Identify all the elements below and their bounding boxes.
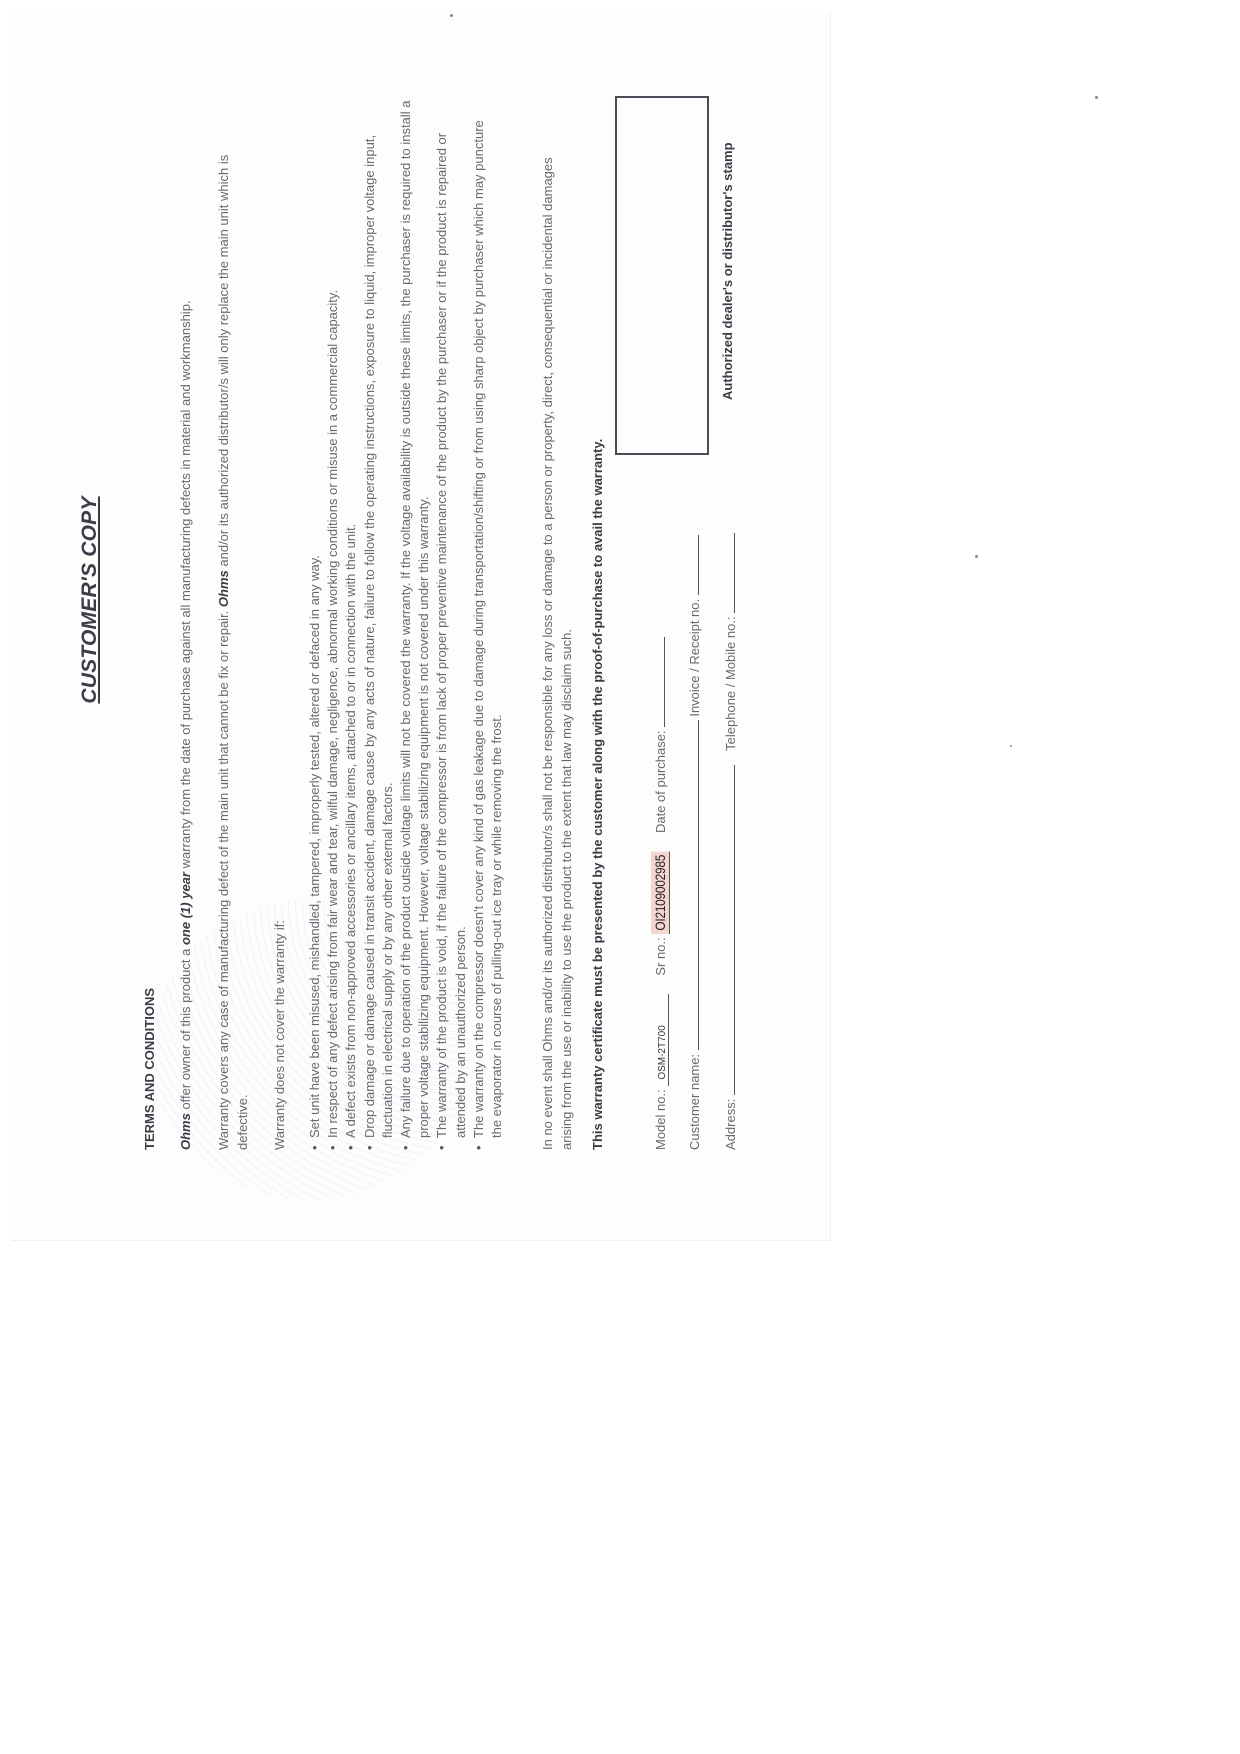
presentation-notice: This warranty certificate must be presen… <box>590 439 605 1150</box>
date-field[interactable] <box>650 637 665 727</box>
exclusion-item: The warranty of the product is void, if … <box>433 100 469 1150</box>
section-heading: TERMS AND CONDITIONS <box>142 988 157 1150</box>
serial-label: Sr no.: <box>653 937 668 975</box>
address-label: Address: <box>723 1099 738 1150</box>
exclusion-item: A defect exists from non-approved access… <box>342 100 360 1150</box>
form-row-address: Address: Telephone / Mobile no.: <box>720 533 738 1150</box>
intro-paragraph: Ohms offer owner of this product a one (… <box>176 120 195 1150</box>
warranty-term: one (1) year <box>178 872 193 945</box>
address-field[interactable] <box>720 765 735 1095</box>
liability-paragraph: In no event shall Ohms and/or its author… <box>538 120 576 1150</box>
model-label: Model no.: <box>653 1089 668 1150</box>
page-title: CUSTOMER'S COPY <box>78 450 102 750</box>
customer-label: Customer name: <box>687 1054 702 1150</box>
coverage-paragraph: Warranty covers any case of manufacturin… <box>214 120 252 1150</box>
exclusion-item: In respect of any defect arising from fa… <box>324 100 342 1150</box>
scan-speck <box>975 555 978 558</box>
exclusion-item: Any failure due to operation of the prod… <box>397 100 433 1150</box>
serial-field[interactable]: OI2109002985 <box>651 851 670 933</box>
phone-field[interactable] <box>720 533 735 613</box>
rotated-page: CUSTOMER'S COPY TERMS AND CONDITIONS Ohm… <box>30 80 850 1180</box>
exclusions-intro: Warranty does not cover the warranty if: <box>270 120 289 1150</box>
stamp-box <box>615 96 709 455</box>
date-label: Date of purchase: <box>653 730 668 833</box>
scan-speck <box>1010 745 1012 747</box>
brand-name: Ohms <box>216 570 231 607</box>
exclusion-item: Drop damage or damage caused in transit … <box>361 100 397 1150</box>
invoice-label: Invoice / Receipt no. <box>687 599 702 717</box>
exclusions-list: Set unit have been misused, mishandled, … <box>306 100 506 1150</box>
form-row-customer: Customer name: Invoice / Receipt no. <box>684 535 702 1150</box>
model-field[interactable]: OSM-2T700 <box>657 994 669 1086</box>
scan-speck <box>450 14 453 17</box>
exclusion-item: Set unit have been misused, mishandled, … <box>306 100 324 1150</box>
stamp-label: Authorized dealer's or distributor's sta… <box>720 142 735 400</box>
customer-field[interactable] <box>684 720 699 1050</box>
brand-name: Ohms <box>178 1113 193 1150</box>
phone-label: Telephone / Mobile no.: <box>723 616 738 750</box>
scan-speck <box>1095 96 1098 99</box>
invoice-field[interactable] <box>684 535 699 595</box>
exclusion-item: The warranty on the compressor doesn't c… <box>470 100 506 1150</box>
form-row-model: Model no.: OSM-2T700 Sr no.: OI210900298… <box>650 637 670 1150</box>
